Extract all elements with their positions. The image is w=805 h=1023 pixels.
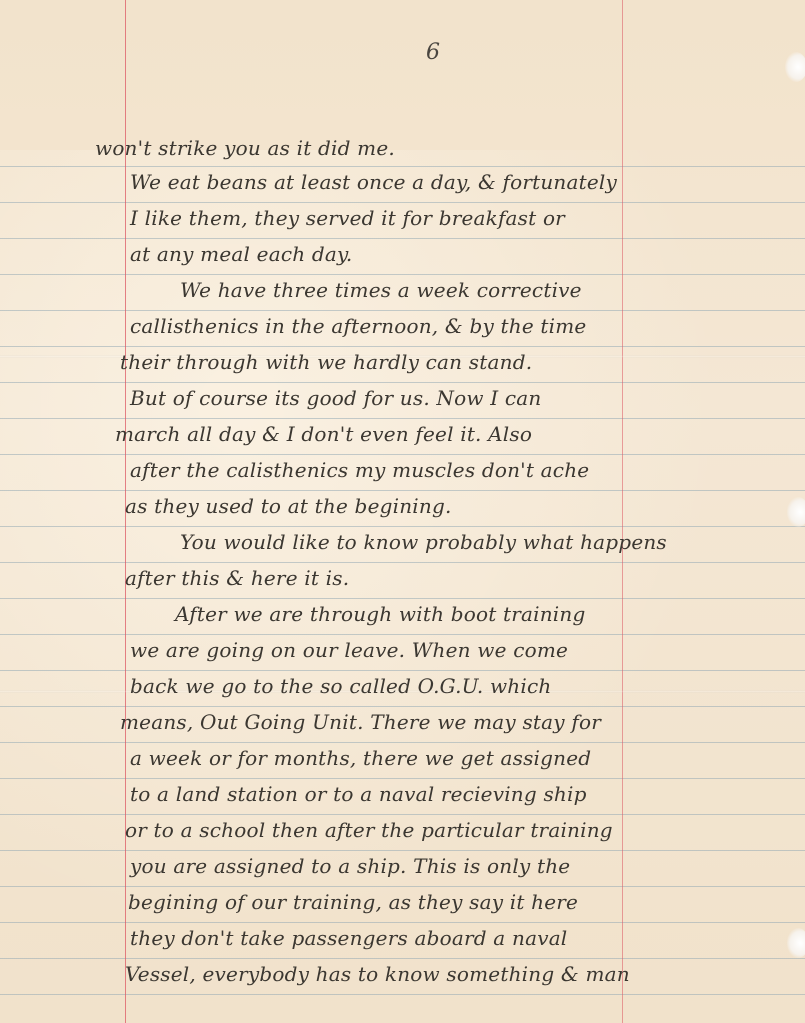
text-line: back we go to the so called O.G.U. which xyxy=(130,674,551,698)
text-line: we are going on our leave. When we come xyxy=(130,638,568,662)
text-line: a week or for months, there we get assig… xyxy=(130,746,591,770)
text-line: you are assigned to a ship. This is only… xyxy=(130,854,570,878)
text-line: or to a school then after the particular… xyxy=(125,818,613,842)
text-line: begining of our training, as they say it… xyxy=(128,890,578,914)
text-line: march all day & I don't even feel it. Al… xyxy=(115,422,532,446)
text-line: to a land station or to a naval recievin… xyxy=(130,782,587,806)
text-line: after the calisthenics my muscles don't … xyxy=(130,458,589,482)
right-margin-line xyxy=(622,0,623,1023)
text-line: at any meal each day. xyxy=(130,242,352,266)
text-line: callisthenics in the afternoon, & by the… xyxy=(130,314,586,338)
text-line: after this & here it is. xyxy=(125,566,349,590)
page-number: 6 xyxy=(426,40,440,65)
text-line: won't strike you as it did me. xyxy=(95,136,395,160)
text-line: We have three times a week corrective xyxy=(180,278,582,302)
text-line: We eat beans at least once a day, & fort… xyxy=(130,170,617,194)
text-line: their through with we hardly can stand. xyxy=(120,350,532,374)
text-line: You would like to know probably what hap… xyxy=(180,530,667,554)
text-line: I like them, they served it for breakfas… xyxy=(130,206,565,230)
punch-hole xyxy=(787,928,805,958)
top-blank-area xyxy=(0,0,805,150)
punch-hole xyxy=(785,52,805,82)
text-line: means, Out Going Unit. There we may stay… xyxy=(120,710,601,734)
text-line: After we are through with boot training xyxy=(175,602,585,626)
text-line: Vessel, everybody has to know something … xyxy=(125,962,630,986)
text-line: as they used to at the begining. xyxy=(125,494,452,518)
punch-hole xyxy=(787,497,805,527)
text-line: But of course its good for us. Now I can xyxy=(130,386,542,410)
letter-page: 6 won't strike you as it did me. We eat … xyxy=(0,0,805,1023)
text-line: they don't take passengers aboard a nava… xyxy=(130,926,567,950)
